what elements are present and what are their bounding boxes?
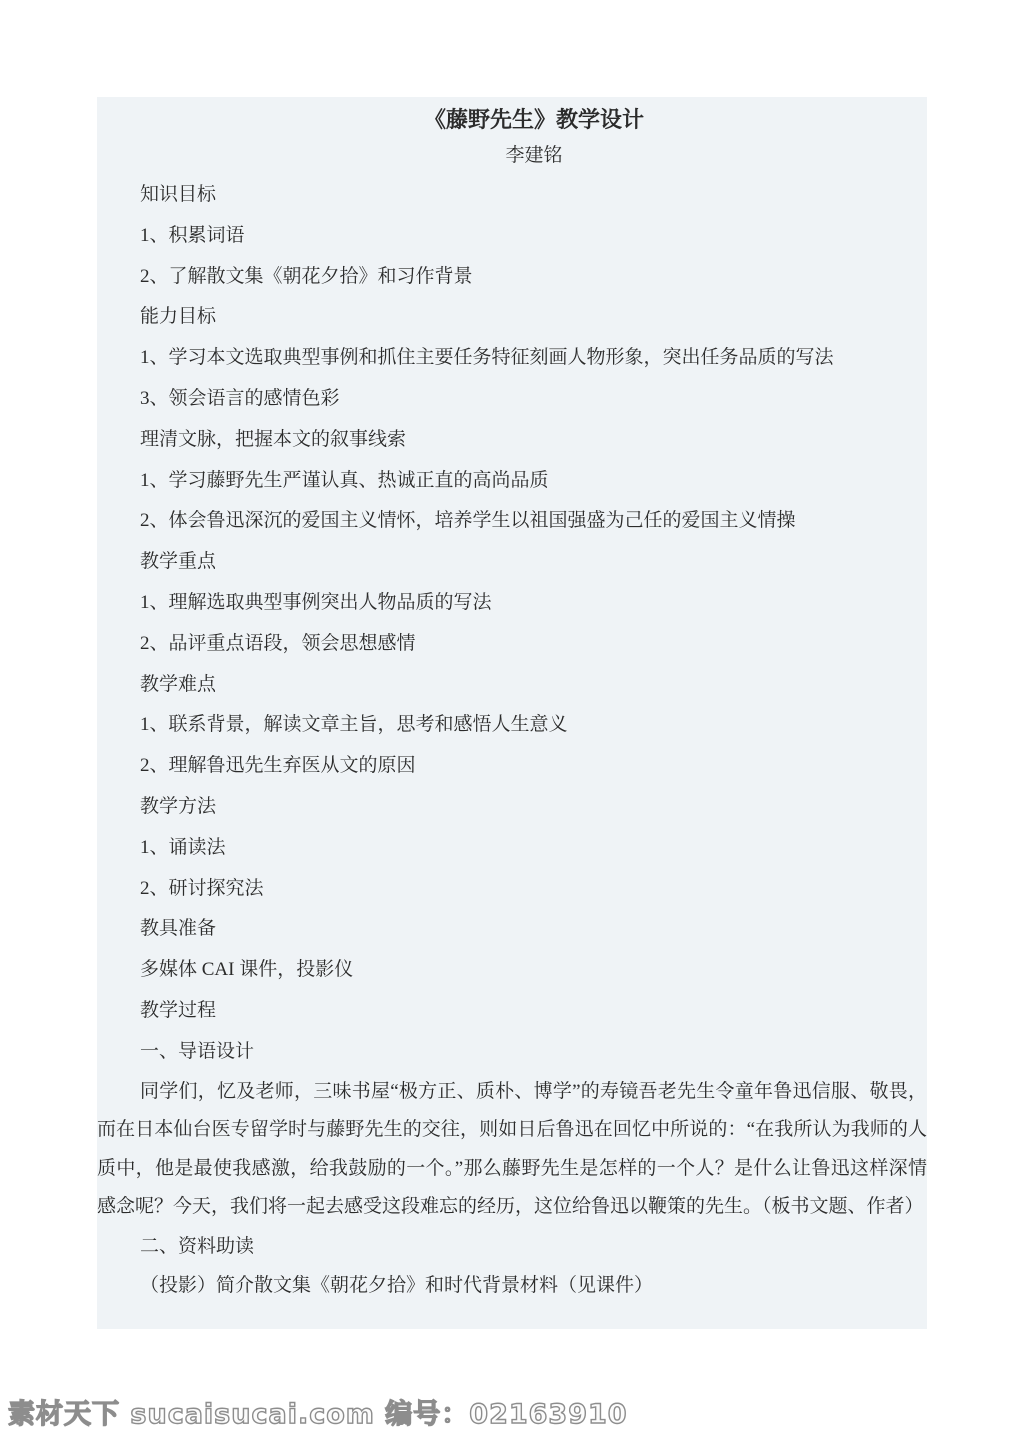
page-background: 《藤野先生》教学设计 李建铭 知识目标 1、积累词语 2、了解散文集《朝花夕拾》… xyxy=(0,0,1024,1442)
watermark-text: 素材天下 sucaisucai.com 编号：02163910 xyxy=(8,1392,628,1431)
doc-line: 教具准备 xyxy=(97,909,927,950)
doc-line: 1、积累词语 xyxy=(97,216,927,257)
doc-line: 1、诵读法 xyxy=(97,828,927,869)
doc-line: 教学方法 xyxy=(97,787,927,828)
doc-line: 3、领会语言的感情色彩 xyxy=(97,379,927,420)
doc-line: 理清文脉，把握本文的叙事线索 xyxy=(97,420,927,461)
doc-line: 2、品评重点语段，领会思想感情 xyxy=(97,624,927,665)
doc-line: 能力目标 xyxy=(97,297,927,338)
doc-line: 教学重点 xyxy=(97,542,927,583)
doc-line: （投影）简介散文集《朝花夕拾》和时代背景材料（见课件） xyxy=(97,1266,927,1305)
doc-line: 2、了解散文集《朝花夕拾》和习作背景 xyxy=(97,257,927,298)
doc-line: 教学难点 xyxy=(97,665,927,706)
doc-line: 1、学习本文选取典型事例和抓住主要任务特征刻画人物形象，突出任务品质的写法 xyxy=(97,338,927,379)
doc-line: 二、资料助读 xyxy=(97,1227,927,1266)
doc-line: 1、理解选取典型事例突出人物品质的写法 xyxy=(97,583,927,624)
doc-author: 李建铭 xyxy=(97,137,927,175)
doc-line: 教学过程 xyxy=(97,991,927,1032)
doc-line: 1、联系背景，解读文章主旨，思考和感悟人生意义 xyxy=(97,705,927,746)
doc-line: 2、理解鲁迅先生弃医从文的原因 xyxy=(97,746,927,787)
document-page: 《藤野先生》教学设计 李建铭 知识目标 1、积累词语 2、了解散文集《朝花夕拾》… xyxy=(97,97,927,1329)
doc-line: 1、学习藤野先生严谨认真、热诚正直的高尚品质 xyxy=(97,461,927,502)
doc-line: 知识目标 xyxy=(97,175,927,216)
doc-title: 《藤野先生》教学设计 xyxy=(97,103,927,137)
doc-paragraph: 同学们，忆及老师，三味书屋“极方正、质朴、博学”的寿镜吾老先生令童年鲁迅信服、敬… xyxy=(97,1073,927,1227)
doc-line: 一、导语设计 xyxy=(97,1032,927,1073)
doc-line: 2、体会鲁迅深沉的爱国主义情怀，培养学生以祖国强盛为己任的爱国主义情操 xyxy=(97,501,927,542)
doc-line: 多媒体 CAI 课件，投影仪 xyxy=(97,950,927,991)
doc-line: 2、研讨探究法 xyxy=(97,869,927,910)
